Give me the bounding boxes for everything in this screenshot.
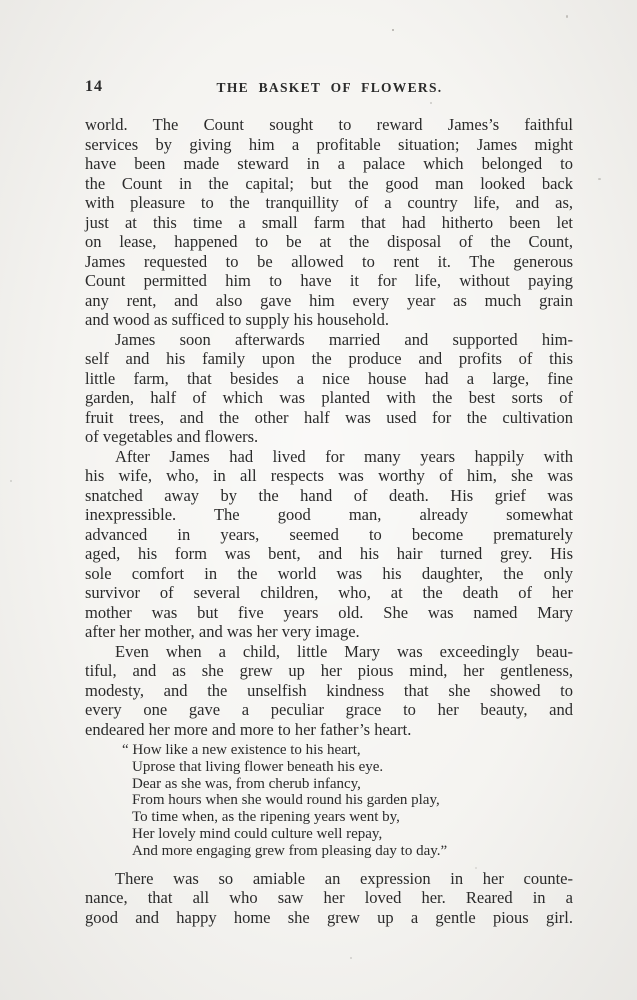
text-line: Even when a child, little Mary was excee…	[85, 642, 573, 662]
text-line: good and happy home she grew up a gentle…	[85, 908, 573, 928]
text-line: just at this time a small farm that had …	[85, 213, 573, 233]
text-line: on lease, happened to be at the disposal…	[85, 232, 573, 252]
text-line: advanced in years, seemed to become prem…	[85, 525, 573, 545]
text-line: To time when, as the ripening years went…	[132, 809, 573, 826]
text-line: Dear as she was, from cherub infancy,	[132, 776, 573, 793]
text-line: There was so amiable an expression in he…	[85, 869, 573, 889]
paragraph: James soon afterwards married and suppor…	[85, 330, 573, 447]
text-line: services by giving him a profitable situ…	[85, 135, 573, 155]
paper-speck	[566, 15, 568, 18]
text-line: of vegetables and flowers.	[85, 427, 573, 447]
text-line: modesty, and the unselfish kindness that…	[85, 681, 573, 701]
paper-speck	[430, 102, 432, 104]
text-line: every one gave a peculiar grace to her b…	[85, 700, 573, 720]
book-page: 14 THE BASKET OF FLOWERS. world. The Cou…	[0, 0, 637, 1000]
text-line: fruit trees, and the other half was used…	[85, 408, 573, 428]
text-line: endeared her more and more to her father…	[85, 720, 573, 740]
text-line: Count permitted him to have it for life,…	[85, 271, 573, 291]
running-title: THE BASKET OF FLOWERS.	[85, 80, 574, 96]
paper-speck	[392, 29, 394, 31]
text-line: survivor of several children, who, at th…	[85, 583, 573, 603]
text-line: From hours when she would round his gard…	[132, 792, 573, 809]
text-line: After James had lived for many years hap…	[85, 447, 573, 467]
text-line: and wood as sufficed to supply his house…	[85, 310, 573, 330]
text-line: after her mother, and was her very image…	[85, 622, 573, 642]
paragraph: world. The Count sought to reward James’…	[85, 115, 573, 330]
text-line: sole comfort in the world was his daught…	[85, 564, 573, 584]
text-line: have been made steward in a palace which…	[85, 154, 573, 174]
text-line: aged, his form was bent, and his hair tu…	[85, 544, 573, 564]
text-line: his wife, who, in all respects was worth…	[85, 466, 573, 486]
text-line: tiful, and as she grew up her pious mind…	[85, 661, 573, 681]
text-line: world. The Count sought to reward James’…	[85, 115, 573, 135]
text-line: James requested to be allowed to rent it…	[85, 252, 573, 272]
paper-speck	[475, 867, 477, 869]
paper-speck	[537, 236, 539, 238]
text-line: James soon afterwards married and suppor…	[85, 330, 573, 350]
text-block: world. The Count sought to reward James’…	[85, 115, 573, 927]
text-line: little farm, that besides a nice house h…	[85, 369, 573, 389]
text-line: nance, that all who saw her loved her. R…	[85, 888, 573, 908]
text-line: snatched away by the hand of death. His …	[85, 486, 573, 506]
verse-block: “ How like a new existence to his heart,…	[132, 742, 573, 860]
text-line: “ How like a new existence to his heart,	[132, 742, 573, 759]
paper-speck	[598, 178, 601, 180]
paragraph: After James had lived for many years hap…	[85, 447, 573, 642]
running-header: 14 THE BASKET OF FLOWERS.	[85, 78, 574, 98]
text-line: self and his family upon the produce and…	[85, 349, 573, 369]
text-line: Uprose that living flower beneath his ey…	[132, 759, 573, 776]
text-line: any rent, and also gave him every year a…	[85, 291, 573, 311]
paper-speck	[350, 957, 352, 959]
text-line: garden, half of which was planted with t…	[85, 388, 573, 408]
text-line: Her lovely mind could culture well repay…	[132, 826, 573, 843]
text-line: with pleasure to the tranquillity of a c…	[85, 193, 573, 213]
text-line: And more engaging grew from pleasing day…	[132, 843, 573, 860]
paper-speck	[340, 144, 342, 146]
paragraph: There was so amiable an expression in he…	[85, 869, 573, 928]
text-line: the Count in the capital; but the good m…	[85, 174, 573, 194]
paragraph: Even when a child, little Mary was excee…	[85, 642, 573, 740]
text-line: mother was but five years old. She was n…	[85, 603, 573, 623]
text-line: inexpressible. The good man, already som…	[85, 505, 573, 525]
paper-speck	[10, 480, 12, 482]
